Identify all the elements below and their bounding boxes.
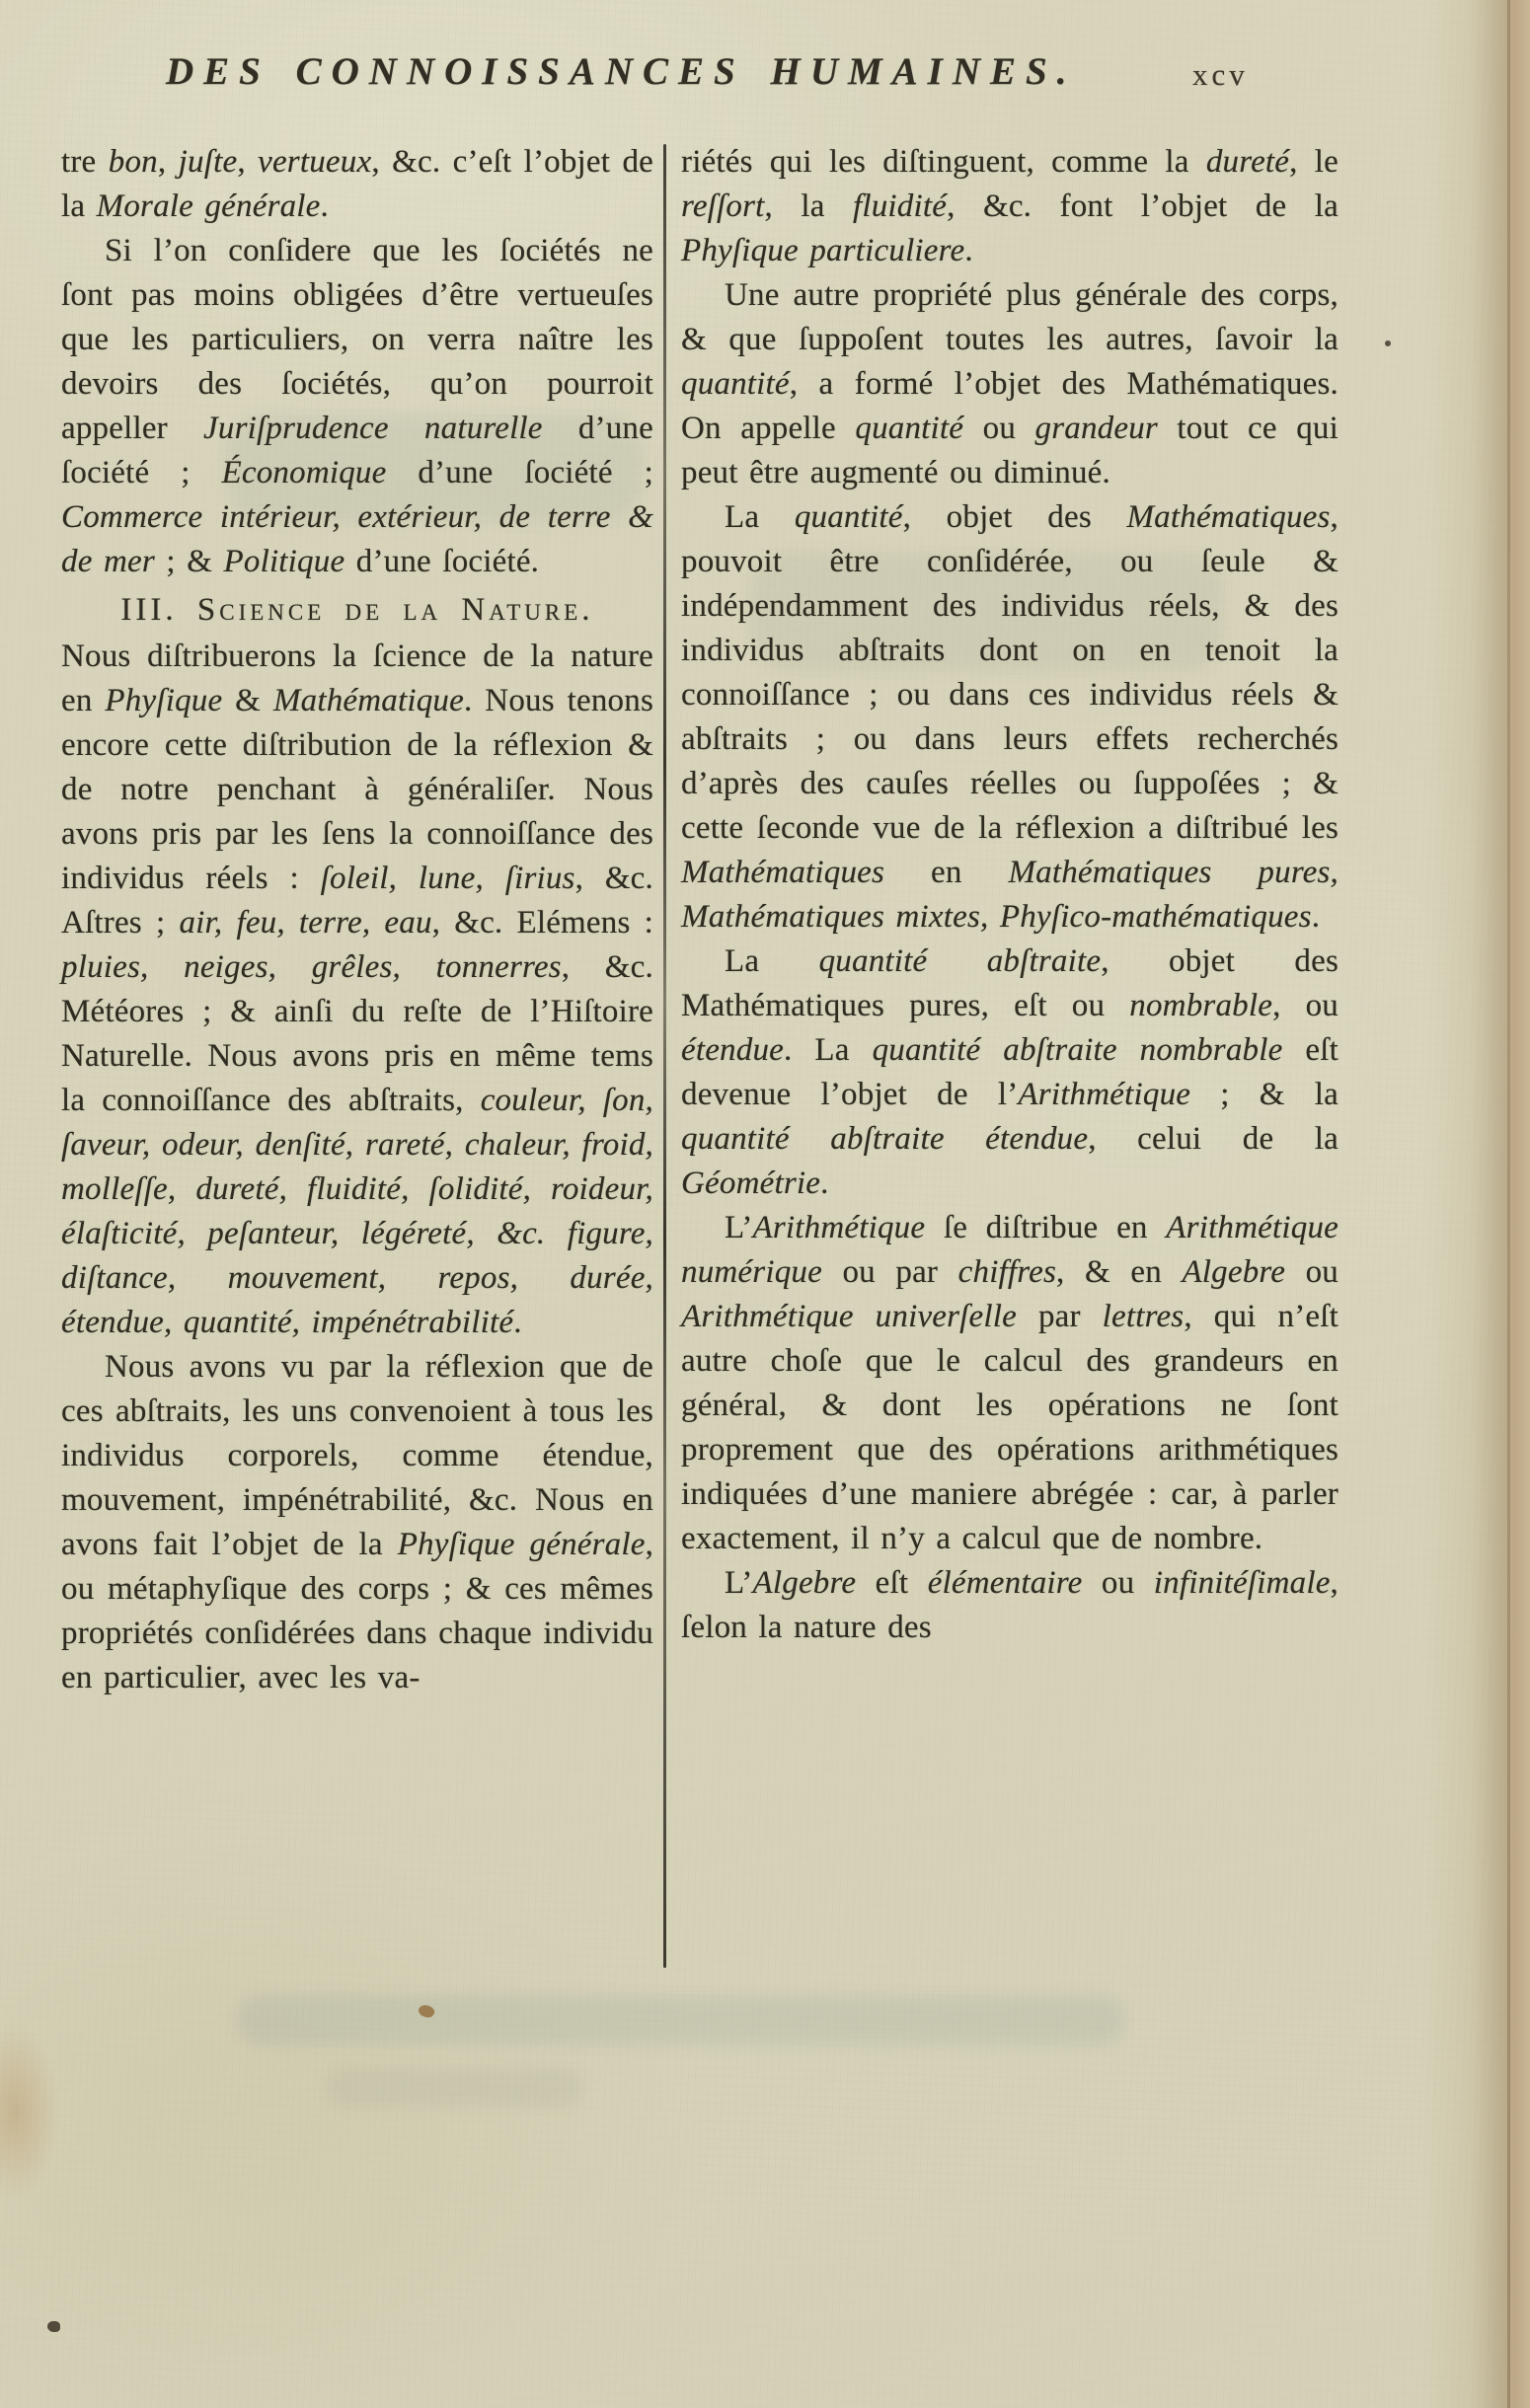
- text-run: La: [725, 499, 795, 535]
- text-run: grandeur: [1035, 411, 1158, 446]
- paragraph: La quantité, objet des Mathématiques, po…: [681, 495, 1339, 940]
- text-run: quantité: [681, 366, 790, 402]
- text-run: , ou: [1272, 988, 1339, 1023]
- text-run: Phyſique particuliere: [681, 233, 964, 268]
- left-column: tre bon, juſte, vertueux, &c. c’eſt l’ob…: [61, 140, 653, 1700]
- text-run: bon: [109, 144, 158, 180]
- text-run: dureté: [1206, 144, 1289, 180]
- text-run: Phyſique générale: [398, 1527, 646, 1562]
- text-run: eſt: [856, 1565, 928, 1601]
- text-run: pluies, neiges, grêles, tonnerres: [61, 949, 562, 985]
- text-run: Économique: [222, 455, 387, 490]
- text-run: III. Science de la Nature.: [120, 592, 593, 628]
- corner-stain: [0, 2023, 59, 2201]
- text-run: Mathématiques: [1126, 499, 1330, 535]
- text-run: , pouvoit être conſidérée, ou ſeule & in…: [681, 499, 1339, 846]
- paragraph: riétés qui les diſtinguent, comme la dur…: [681, 140, 1339, 273]
- text-run: quantité: [795, 499, 903, 535]
- text-run: quantité abſtraite: [819, 943, 1102, 979]
- text-run: air, feu, terre, eau: [179, 905, 431, 941]
- text-run: par: [1017, 1299, 1103, 1334]
- text-run: ſoleil, lune, ſirius: [321, 861, 575, 896]
- text-run: La: [725, 943, 819, 979]
- column-divider-rule: [663, 144, 666, 1968]
- text-run: .: [321, 188, 329, 224]
- book-page-scan: DES CONNOISSANCES HUMAINES. xcv tre bon,…: [0, 0, 1530, 2408]
- text-run: , le: [1289, 144, 1339, 180]
- section-heading: III. Science de la Nature.: [61, 588, 653, 633]
- text-run: Algebre: [1182, 1254, 1285, 1290]
- text-run: quantité abſtraite étendue: [681, 1121, 1088, 1157]
- text-run: , &c. Elémens :: [432, 905, 653, 941]
- right-column: riétés qui les diſtinguent, comme la dur…: [681, 140, 1339, 1650]
- text-run: Politique: [224, 544, 345, 579]
- text-run: en: [884, 855, 1008, 890]
- text-run: .: [964, 233, 972, 268]
- text-run: L’: [725, 1565, 753, 1601]
- paper-speck: [1385, 340, 1391, 346]
- text-run: vertueux: [258, 144, 371, 180]
- text-run: , la: [765, 188, 853, 224]
- text-run: Juriſprudence naturelle: [203, 411, 543, 446]
- text-run: .: [820, 1166, 828, 1201]
- text-run: ou: [1285, 1254, 1339, 1290]
- text-run: Arithmétique: [1018, 1077, 1190, 1112]
- text-run: . La: [784, 1032, 873, 1068]
- paper-speck: [47, 2321, 60, 2332]
- text-run: , &c. font l’objet de la: [947, 188, 1339, 224]
- text-run: infinitéſimale: [1154, 1565, 1331, 1601]
- ink-showthrough: [237, 1995, 1125, 2045]
- text-run: Géométrie: [681, 1166, 820, 1201]
- text-run: Mathématique: [273, 683, 464, 718]
- text-run: quantité abſtraite nombrable: [873, 1032, 1283, 1068]
- text-run: Phyſique: [105, 683, 222, 718]
- text-run: Morale générale: [97, 188, 321, 224]
- text-run: fluidité: [853, 188, 947, 224]
- text-run: &: [222, 683, 273, 718]
- text-run: couleur, ſon, ſaveur, odeur, denſité, ra…: [61, 1083, 653, 1340]
- text-run: ou: [963, 411, 1034, 446]
- scan-edge-shadow: [1421, 0, 1530, 2408]
- text-run: ; & la: [1190, 1077, 1339, 1112]
- paragraph: La quantité abſtraite, objet des Mathéma…: [681, 940, 1339, 1206]
- paper-speck: [417, 2002, 436, 2020]
- paragraph: Une autre propriété plus générale des co…: [681, 273, 1339, 495]
- text-run: ,: [158, 144, 179, 180]
- text-run: ſe diſtribue en: [925, 1210, 1166, 1245]
- text-run: , objet des: [903, 499, 1127, 535]
- paragraph: Si l’on conſidere que les ſociétés ne ſo…: [61, 229, 653, 584]
- text-run: étendue: [681, 1032, 784, 1068]
- text-run: ou par: [822, 1254, 958, 1290]
- page-number: xcv: [1192, 57, 1249, 93]
- scan-edge-line: [1507, 0, 1510, 2408]
- text-run: .: [1312, 899, 1320, 935]
- page-header: DES CONNOISSANCES HUMAINES. xcv: [0, 49, 1530, 101]
- paragraph: L’Algebre eſt élémentaire ou infinitéſim…: [681, 1561, 1339, 1650]
- text-run: quantité: [855, 411, 963, 446]
- text-run: juſte: [179, 144, 238, 180]
- text-run: nombrable: [1129, 988, 1272, 1023]
- text-run: Arithmétique univerſelle: [681, 1299, 1017, 1334]
- text-run: L’: [725, 1210, 753, 1245]
- text-run: lettres: [1103, 1299, 1185, 1334]
- text-run: d’une ſociété.: [344, 544, 539, 579]
- text-run: , celui de la: [1088, 1121, 1339, 1157]
- paragraph: L’Arithmétique ſe diſtribue en Arithméti…: [681, 1206, 1339, 1561]
- text-run: ; &: [155, 544, 224, 579]
- text-run: tre: [61, 144, 109, 180]
- paragraph: Nous diſtribuerons la ſcience de la natu…: [61, 635, 653, 1345]
- text-run: chiffres: [958, 1254, 1056, 1290]
- running-title: DES CONNOISSANCES HUMAINES.: [166, 49, 1076, 94]
- text-run: , qui n’eſt autre choſe que le calcul de…: [681, 1299, 1339, 1556]
- text-run: Algebre: [753, 1565, 857, 1601]
- text-run: Mathématiques: [681, 855, 884, 890]
- text-run: élémentaire: [928, 1565, 1083, 1601]
- text-run: reſſort: [681, 188, 765, 224]
- text-run: riétés qui les diſtinguent, comme la: [681, 144, 1206, 180]
- text-run: ,: [237, 144, 258, 180]
- text-run: Une autre propriété plus générale des co…: [681, 277, 1339, 357]
- paragraph: tre bon, juſte, vertueux, &c. c’eſt l’ob…: [61, 140, 653, 229]
- ink-showthrough: [326, 2068, 582, 2107]
- paragraph: Nous avons vu par la réflexion que de ce…: [61, 1345, 653, 1700]
- text-run: .: [513, 1305, 521, 1340]
- text-run: , & en: [1056, 1254, 1182, 1290]
- text-run: ou: [1082, 1565, 1153, 1601]
- text-run: d’une ſociété ;: [386, 455, 653, 490]
- text-run: Arithmétique: [753, 1210, 926, 1245]
